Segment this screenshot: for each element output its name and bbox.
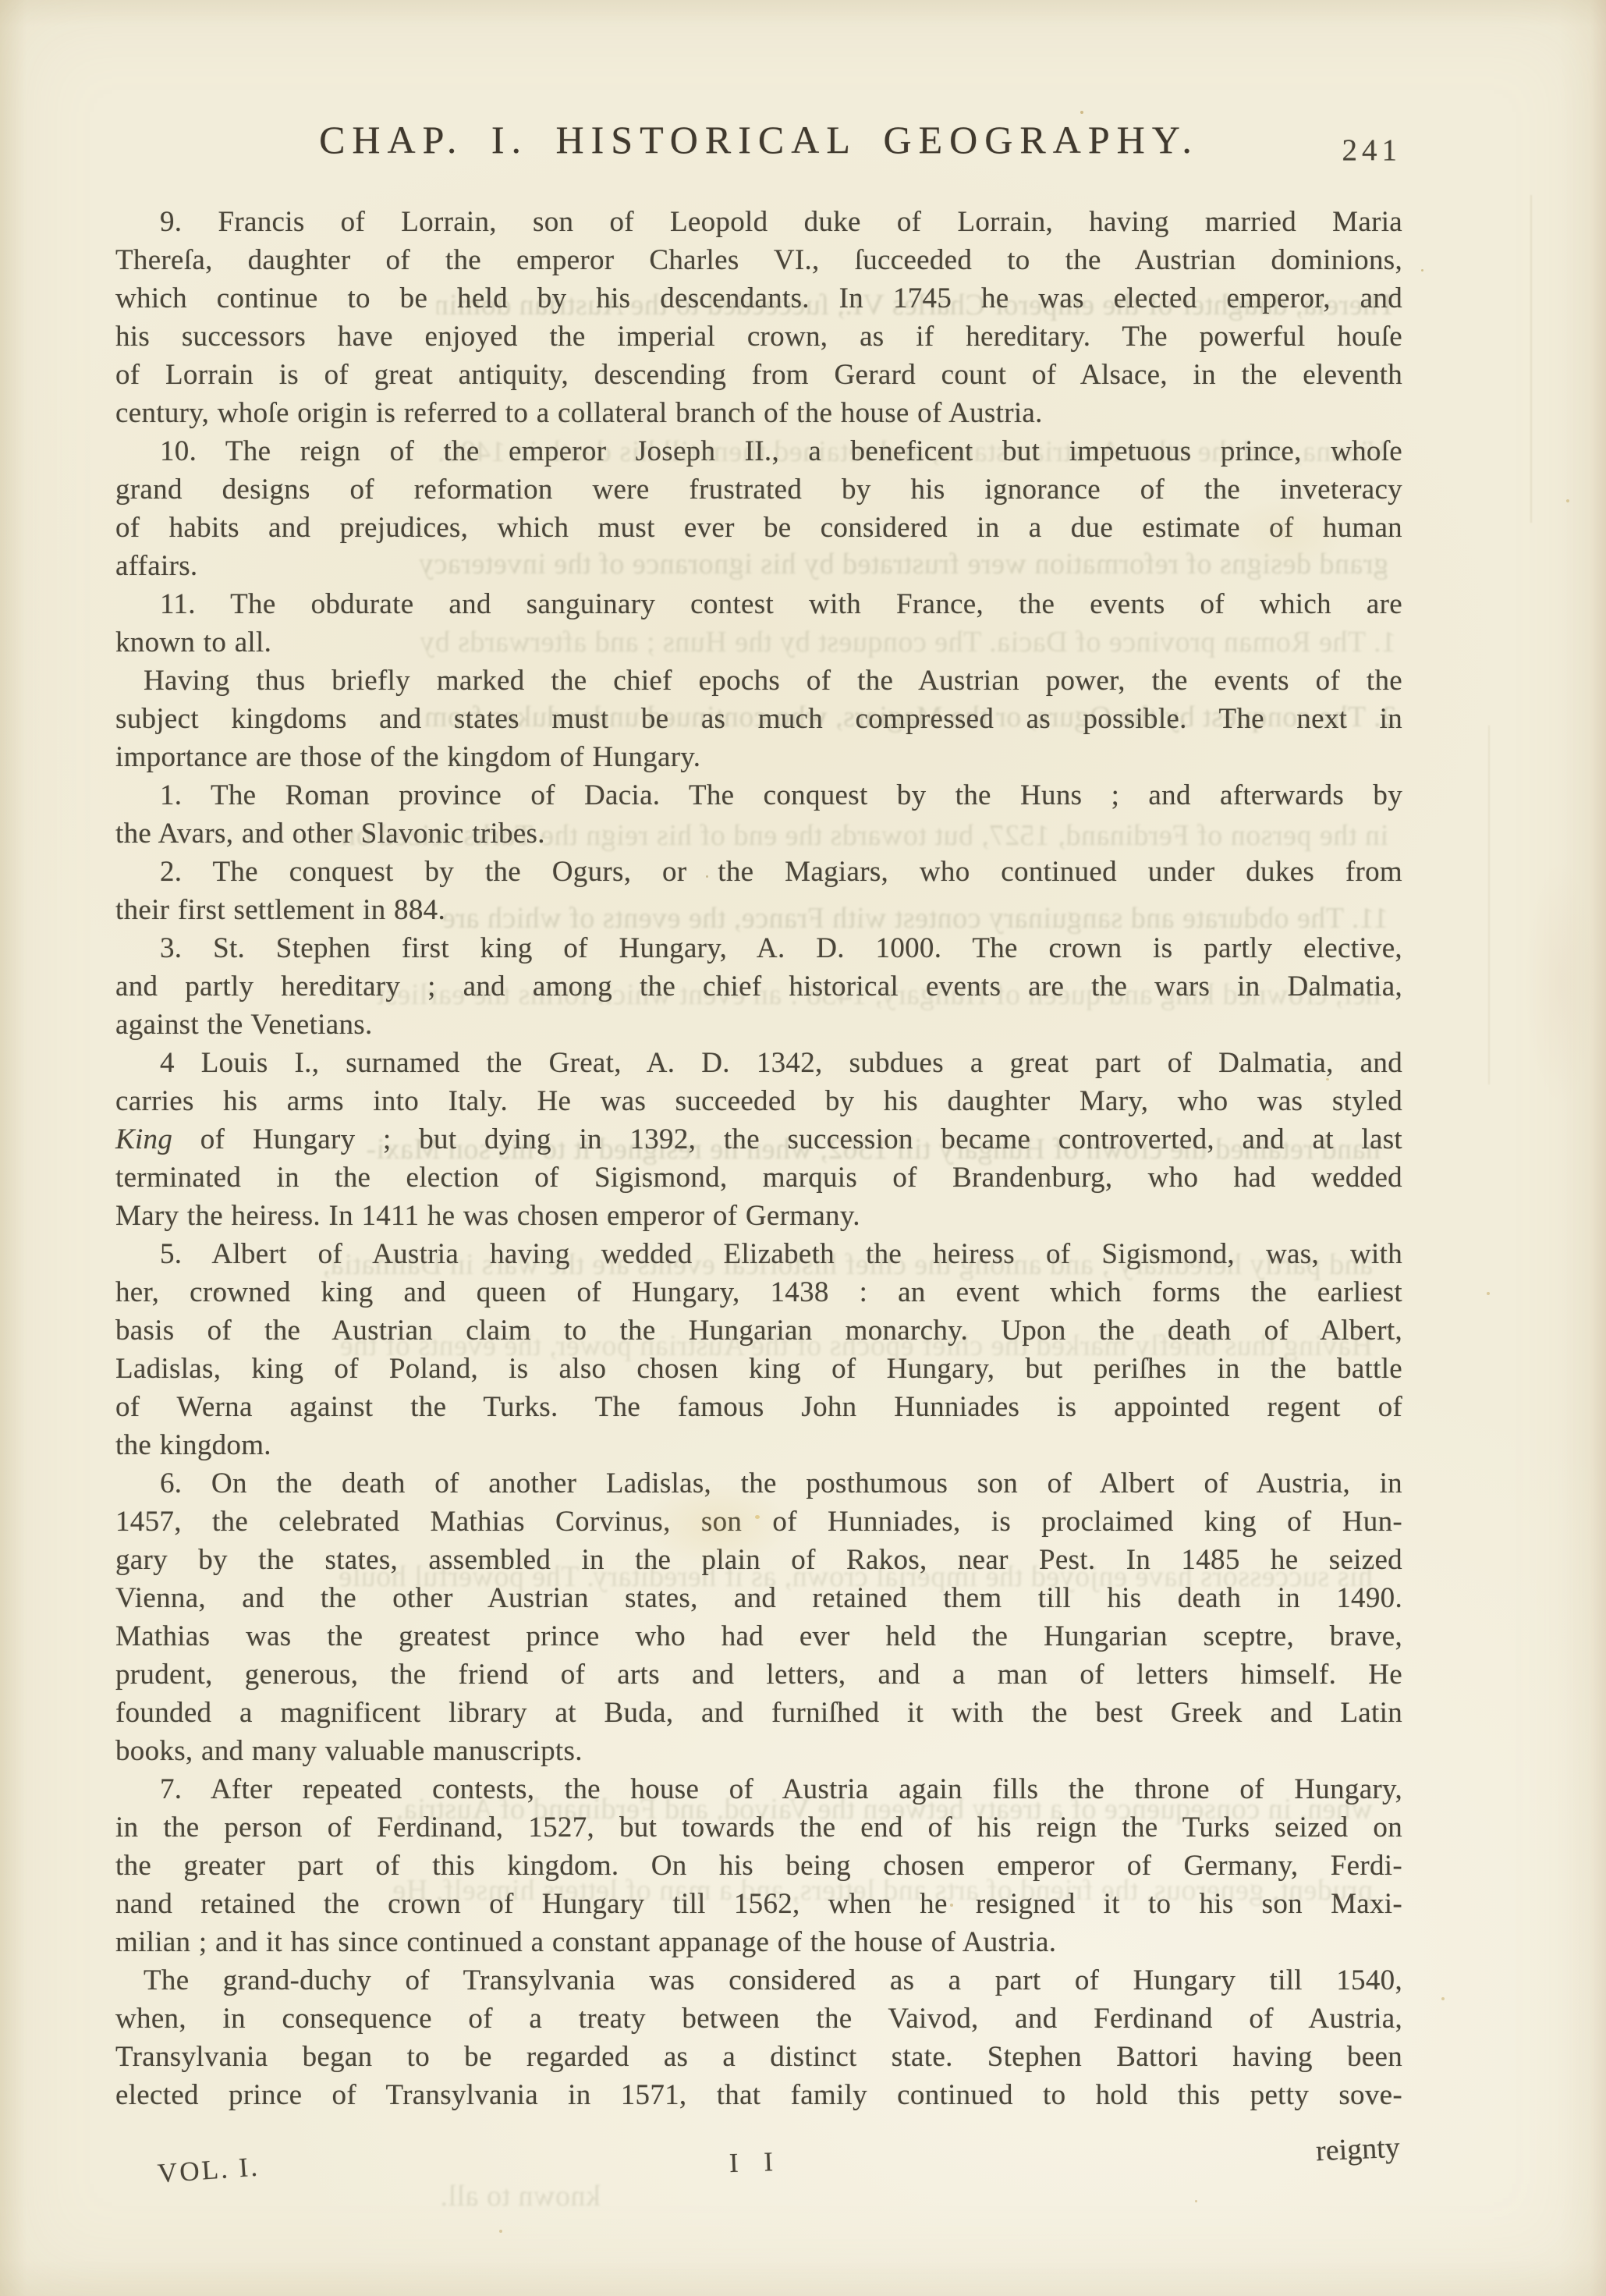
text-line: 6. On the death of another Ladislas, the… bbox=[115, 1464, 1402, 1503]
text-line: when, in consequence of a treaty between… bbox=[115, 2000, 1402, 2038]
text-line: in the person of Ferdinand, 1527, but to… bbox=[115, 1808, 1402, 1847]
text-line: Ladislas, king of Poland, is also chosen… bbox=[115, 1350, 1402, 1388]
text-line: Mary the heiress. In 1411 he was chosen … bbox=[115, 1197, 1402, 1235]
text-line: 1. The Roman province of Dacia. The conq… bbox=[115, 776, 1402, 814]
text-line: importance are those of the kingdom of H… bbox=[115, 738, 1402, 776]
text-line: Mathias was the greatest prince who had … bbox=[115, 1617, 1402, 1655]
paragraph: 7. After repeated contests, the house of… bbox=[115, 1770, 1402, 1961]
paper-fiber bbox=[1488, 726, 1490, 1084]
text-line: King of Hungary ; but dying in 1392, the… bbox=[115, 1120, 1402, 1159]
paragraph: 6. On the death of another Ladislas, the… bbox=[115, 1464, 1402, 1770]
paper-speck bbox=[1566, 499, 1569, 502]
text-line: her, crowned king and queen of Hungary, … bbox=[115, 1273, 1402, 1311]
text-line: known to all. bbox=[115, 623, 1402, 662]
running-title: CHAP. I. HISTORICAL GEOGRAPHY. bbox=[115, 117, 1402, 162]
paper-speck bbox=[1195, 2200, 1197, 2202]
body-text: 9. Francis of Lorrain, son of Leopold du… bbox=[115, 203, 1402, 2114]
catchword: reignty bbox=[1315, 2131, 1400, 2169]
text-line: the Avars, and other Slavonic tribes. bbox=[115, 814, 1402, 853]
text-line: carries his arms into Italy. He was succ… bbox=[115, 1082, 1402, 1120]
text-line: 2. The conquest by the Ogurs, or the Mag… bbox=[115, 853, 1402, 891]
paragraph: The grand-duchy of Transylvania was cons… bbox=[115, 1961, 1402, 2114]
paragraph: 2. The conquest by the Ogurs, or the Mag… bbox=[115, 853, 1402, 929]
text-line: milian ; and it has since continued a co… bbox=[115, 1923, 1402, 1961]
paragraph: 1. The Roman province of Dacia. The conq… bbox=[115, 776, 1402, 853]
text-line: The grand-duchy of Transylvania was cons… bbox=[115, 1961, 1402, 2000]
text-line: Transylvania began to be regarded as a d… bbox=[115, 2038, 1402, 2076]
paragraph: 5. Albert of Austria having wedded Eliza… bbox=[115, 1235, 1402, 1464]
paper-speck bbox=[1441, 1997, 1445, 2000]
text-line: terminated in the election of Sigismond,… bbox=[115, 1159, 1402, 1197]
signature-mark: I I bbox=[729, 2146, 782, 2179]
text-line: their first settlement in 884. bbox=[115, 891, 1402, 929]
text-line: books, and many valuable manuscripts. bbox=[115, 1732, 1402, 1770]
text-line: affairs. bbox=[115, 547, 1402, 585]
paragraph: 10. The reign of the emperor Joseph II.,… bbox=[115, 432, 1402, 585]
paper-speck bbox=[1080, 111, 1083, 114]
text-line: the kingdom. bbox=[115, 1426, 1402, 1464]
text-line: basis of the Austrian claim to the Hunga… bbox=[115, 1311, 1402, 1350]
text-line: prudent, generous, the friend of arts an… bbox=[115, 1655, 1402, 1694]
page-number: 241 bbox=[1342, 133, 1402, 168]
paper-fiber bbox=[1530, 195, 1532, 523]
text-line: 10. The reign of the emperor Joseph II.,… bbox=[115, 432, 1402, 470]
paragraph: 11. The obdurate and sanguinary contest … bbox=[115, 585, 1402, 662]
text-line: nand retained the crown of Hungary till … bbox=[115, 1885, 1402, 1923]
text-line: 4 Louis I., surnamed the Great, A. D. 13… bbox=[115, 1044, 1402, 1082]
text-line: 5. Albert of Austria having wedded Eliza… bbox=[115, 1235, 1402, 1273]
paper-stain bbox=[1513, 819, 1606, 1147]
text-line: Vienna, and the other Austrian states, a… bbox=[115, 1579, 1402, 1617]
text-line: his successors have enjoyed the imperial… bbox=[115, 318, 1402, 356]
text-line: century, whoſe origin is referred to a c… bbox=[115, 394, 1402, 432]
text-line: and partly hereditary ; and among the ch… bbox=[115, 967, 1402, 1006]
paragraph: 3. St. Stephen first king of Hungary, A.… bbox=[115, 929, 1402, 1044]
book-page: Thereſa, daughter of the emperor Charles… bbox=[0, 0, 1606, 2296]
text-line: 7. After repeated contests, the house of… bbox=[115, 1770, 1402, 1808]
paragraph: 9. Francis of Lorrain, son of Leopold du… bbox=[115, 203, 1402, 432]
text-line: gary by the states, assembled in the pla… bbox=[115, 1541, 1402, 1579]
text-line: 3. St. Stephen first king of Hungary, A.… bbox=[115, 929, 1402, 967]
text-line: 9. Francis of Lorrain, son of Leopold du… bbox=[115, 203, 1402, 241]
text-line: of habits and prejudices, which must eve… bbox=[115, 509, 1402, 547]
text-line: which continue to be held by his descend… bbox=[115, 279, 1402, 318]
paragraph: 4 Louis I., surnamed the Great, A. D. 13… bbox=[115, 1044, 1402, 1235]
text-line: against the Venetians. bbox=[115, 1006, 1402, 1044]
text-line: 1457, the celebrated Mathias Corvinus, s… bbox=[115, 1503, 1402, 1541]
text-line: of Lorrain is of great antiquity, descen… bbox=[115, 356, 1402, 394]
text-line: the greater part of this kingdom. On his… bbox=[115, 1847, 1402, 1885]
text-line: elected prince of Transylvania in 1571, … bbox=[115, 2076, 1402, 2114]
text-line: 11. The obdurate and sanguinary contest … bbox=[115, 585, 1402, 623]
text-line: Thereſa, daughter of the emperor Charles… bbox=[115, 241, 1402, 279]
paper-speck bbox=[499, 2230, 502, 2233]
text-line: grand designs of reformation were frustr… bbox=[115, 470, 1402, 509]
text-line: of Werna against the Turks. The famous J… bbox=[115, 1388, 1402, 1426]
text-line: Having thus briefly marked the chief epo… bbox=[115, 662, 1402, 700]
volume-label: VOL. I. bbox=[157, 2151, 261, 2189]
text-line: subject kingdoms and states must be as m… bbox=[115, 700, 1402, 738]
text-line: founded a magnificent library at Buda, a… bbox=[115, 1694, 1402, 1732]
paragraph: Having thus briefly marked the chief epo… bbox=[115, 662, 1402, 776]
paper-speck bbox=[1487, 1292, 1490, 1295]
paper-speck bbox=[1421, 269, 1423, 271]
